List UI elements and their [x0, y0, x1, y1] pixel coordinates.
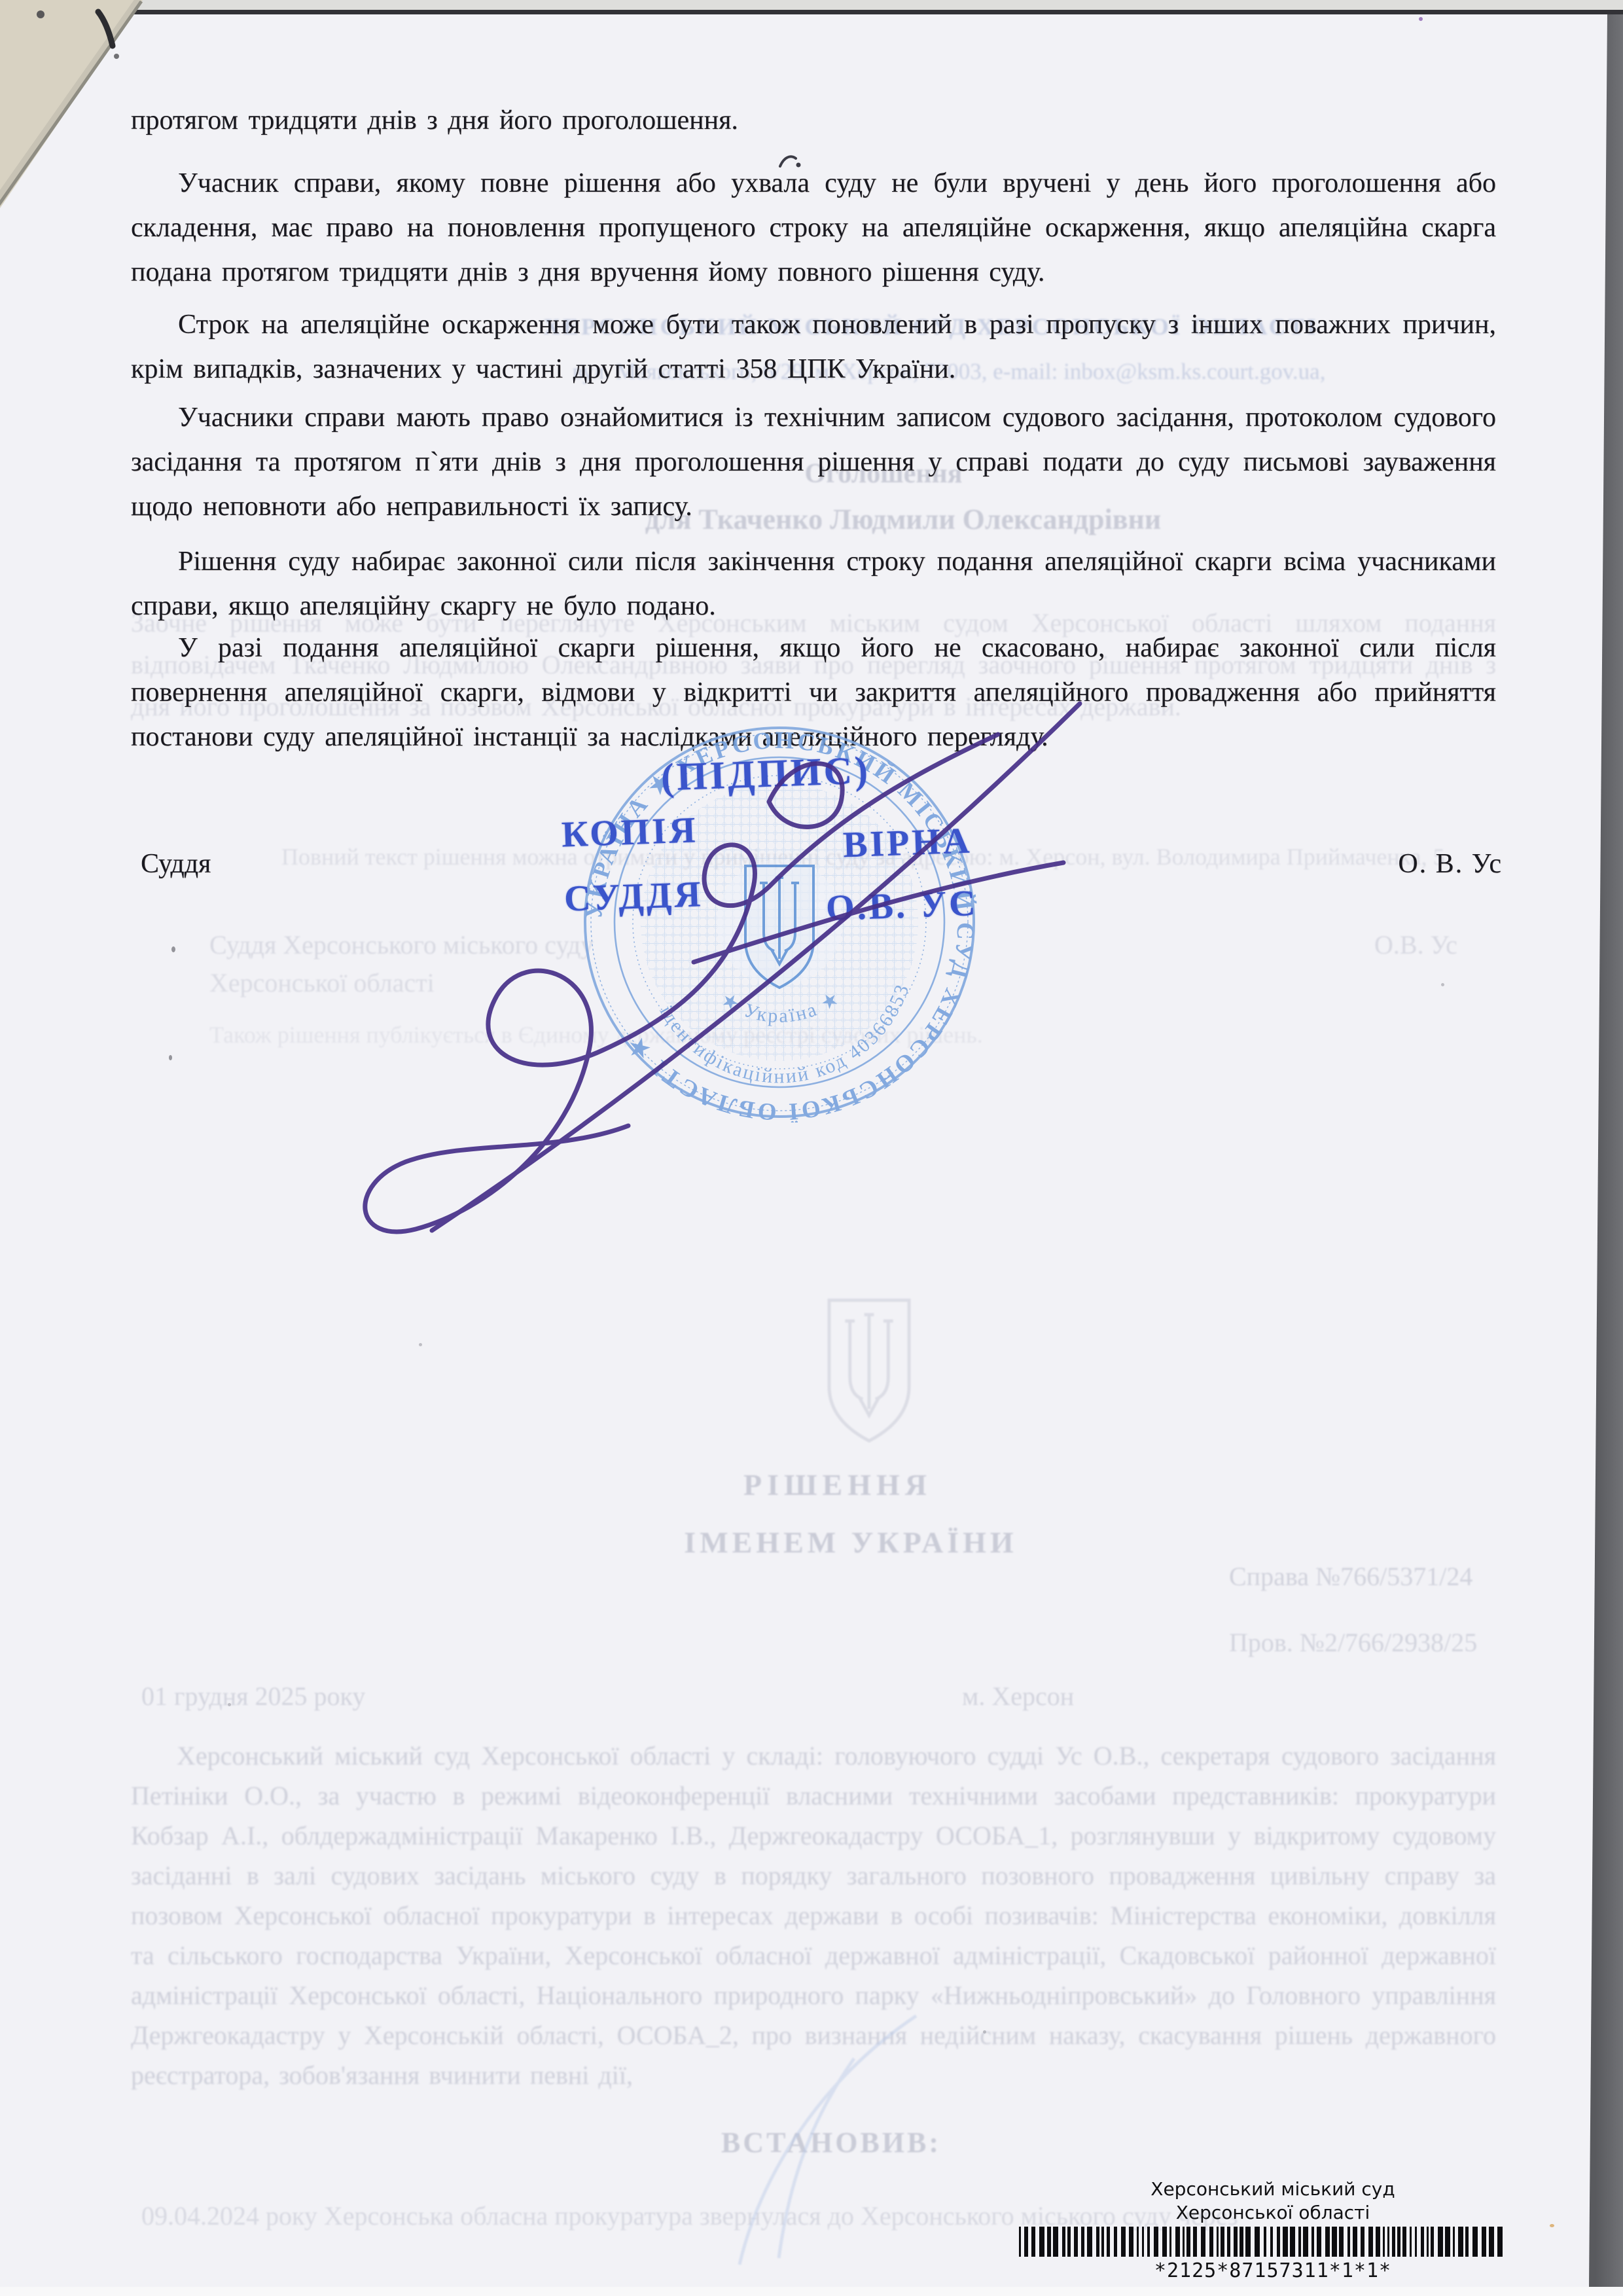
continuation-line: протягом тридцяти днів з дня його прогол… — [131, 98, 1496, 143]
ghost-city: м. Херсон — [962, 1681, 1074, 1712]
paper-speck — [1441, 983, 1444, 986]
ghost-decision-title: РІШЕННЯ — [707, 1467, 969, 1502]
paper-speck — [1245, 459, 1248, 463]
paper-speck — [171, 946, 175, 952]
handwritten-signature — [249, 668, 1099, 1257]
faint-pen-curves — [681, 1983, 969, 2271]
paper-speck — [228, 1703, 231, 1706]
scanned-court-document-page: ХЕРСОНСЬКИЙ МІСЬКИЙ СУД ХЕРСОНСЬКОЇ ОБЛА… — [0, 0, 1623, 2296]
footer-court-name-line1: Херсонський міський суд — [1073, 2178, 1472, 2200]
paper-speck — [419, 1343, 422, 1346]
paragraph-legal-force: Рішення суду набирає законної сили після… — [131, 539, 1496, 628]
ghost-trident-watermark — [819, 1295, 919, 1446]
judge-label: Суддя — [141, 848, 211, 880]
paragraph-appeal-term: Строк на апеляційне оскарження може бути… — [131, 302, 1496, 391]
scan-corner-fold — [0, 0, 216, 229]
ghost-proceeding-number: Пров. №2/766/2938/25 — [1229, 1627, 1477, 1658]
scan-right-edge-band — [1589, 14, 1623, 2287]
paper-speck — [1550, 2224, 1554, 2227]
judge-name: О. В. Ус — [1309, 848, 1503, 880]
barcode-text: *2125*87157311*1*1* — [1073, 2259, 1472, 2282]
ink-speck — [777, 152, 804, 174]
paragraph-record-review: Учасники справи мають право ознайомитися… — [131, 395, 1496, 529]
paper-speck — [169, 1055, 172, 1060]
ghost-judge-initials: О.В. Ус — [1374, 929, 1457, 960]
paper-speck — [983, 2030, 986, 2034]
scan-top-edge-line — [85, 10, 1623, 14]
footer-court-name-line2: Херсонської області — [1073, 2202, 1472, 2223]
barcode — [1019, 2227, 1520, 2257]
ghost-in-name-of-ukraine: ІМЕНЕМ УКРАЇНИ — [668, 1525, 1034, 1560]
paragraph-appeal-renewal: Учасник справи, якому повне рішення або … — [131, 161, 1496, 295]
paper-speck — [1419, 17, 1423, 21]
scan-bottom-strip — [0, 2287, 1623, 2296]
ghost-case-number: Справа №766/5371/24 — [1229, 1561, 1472, 1592]
ghost-date: 01 грудня 2025 року — [141, 1681, 365, 1712]
